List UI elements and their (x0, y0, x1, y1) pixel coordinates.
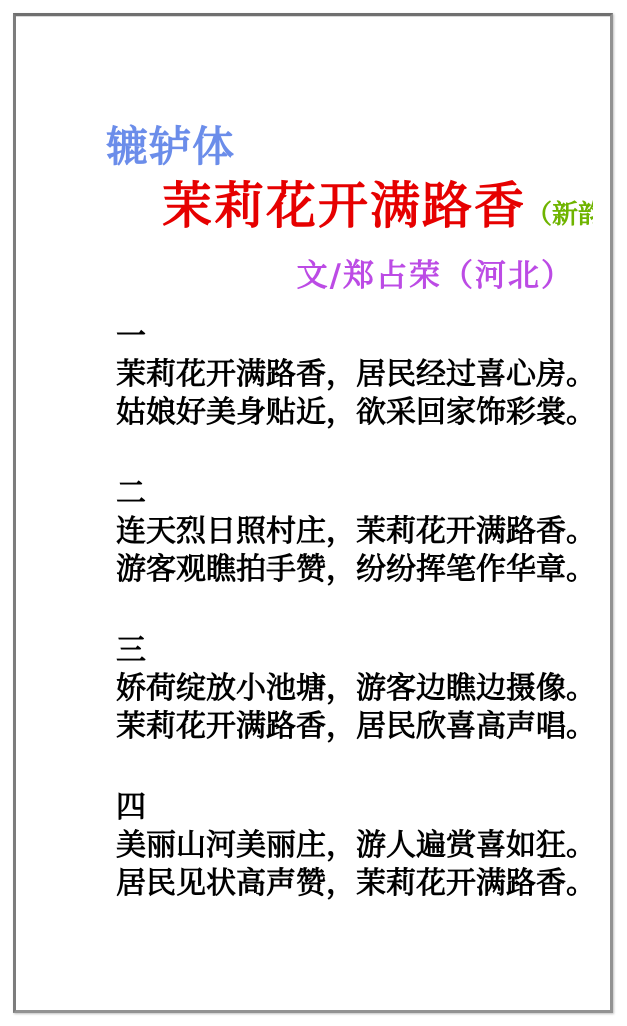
stanza-number: 二 (116, 475, 593, 513)
verse-line: 茉莉花开满路香，居民经过喜心房。 (116, 356, 593, 394)
page-frame: 辘轳体 茉莉花开满路香（新韵） 文/郑占荣（河北） 一 茉莉花开满路香，居民经过… (13, 13, 613, 1013)
verse-line: 连天烈日照村庄，茉莉花开满路香。 (116, 513, 593, 551)
verse-line: 姑娘好美身贴近，欲采回家饰彩裳。 (116, 394, 593, 432)
stanza-number: 三 (116, 632, 593, 670)
page-content: 辘轳体 茉莉花开满路香（新韵） 文/郑占荣（河北） 一 茉莉花开满路香，居民经过… (32, 32, 593, 994)
verse-line: 茉莉花开满路香，居民欣喜高声唱。 (116, 708, 593, 746)
stanza: 二 连天烈日照村庄，茉莉花开满路香。 游客观瞧拍手赞，纷纷挥笔作华章。 (116, 475, 593, 589)
verse-line: 居民见状高声赞，茉莉花开满路香。 (116, 865, 593, 903)
poem-style-label: 辘轳体 (106, 124, 593, 170)
stanza-number: 四 (116, 789, 593, 827)
stanza: 一 茉莉花开满路香，居民经过喜心房。 姑娘好美身贴近，欲采回家饰彩裳。 (116, 318, 593, 432)
stanza: 三 娇荷绽放小池塘，游客边瞧边摄像。 茉莉花开满路香，居民欣喜高声唱。 (116, 632, 593, 746)
title-row: 茉莉花开满路香（新韵） (162, 176, 593, 248)
poem-title: 茉莉花开满路香 (162, 177, 526, 235)
verse-line: 美丽山河美丽庄，游人遍赏喜如狂。 (116, 827, 593, 865)
verse-line: 游客观瞧拍手赞，纷纷挥笔作华章。 (116, 551, 593, 589)
stanza: 四 美丽山河美丽庄，游人遍赏喜如狂。 居民见状高声赞，茉莉花开满路香。 (116, 789, 593, 903)
verse-line: 娇荷绽放小池塘，游客边瞧边摄像。 (116, 670, 593, 708)
poem-body: 一 茉莉花开满路香，居民经过喜心房。 姑娘好美身贴近，欲采回家饰彩裳。 二 连天… (116, 318, 593, 903)
byline: 文/郑占荣（河北） (32, 258, 593, 294)
poem-title-note: （新韵） (526, 200, 593, 230)
stanza-number: 一 (116, 318, 593, 356)
